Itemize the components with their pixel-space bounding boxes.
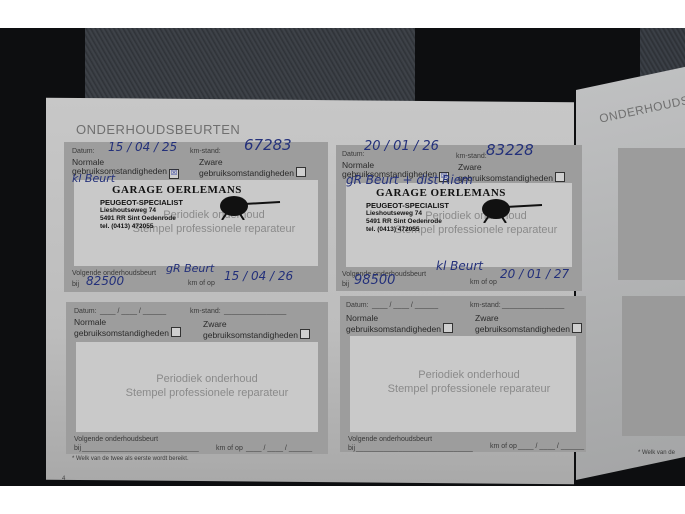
stamp-phone: tel. (0413) 472055 bbox=[366, 226, 506, 234]
datum-value: 20 / 01 / 26 bbox=[364, 139, 439, 154]
datum-label: Datum: bbox=[346, 302, 369, 309]
zware-label: Zware gebruiksomstandigheden bbox=[203, 320, 310, 340]
zware-checkbox[interactable] bbox=[300, 329, 310, 339]
normale-label: Normale gebruiksomstandigheden bbox=[346, 314, 453, 334]
lion-logo-icon bbox=[214, 194, 284, 220]
datum-field[interactable]: ____ / ____ / ______ bbox=[372, 302, 438, 309]
next-date-field[interactable]: ____ / ____ / ______ bbox=[518, 443, 584, 450]
zware-checkbox[interactable] bbox=[296, 167, 306, 177]
km-stand-field[interactable]: ________________ bbox=[224, 308, 286, 315]
km-of-op-label: km of op bbox=[490, 443, 517, 450]
placeholder-line2: Stempel professionele reparateur bbox=[388, 383, 551, 395]
km-stand-label: km-stand: bbox=[190, 148, 221, 155]
next-date-field[interactable]: ____ / ____ / ______ bbox=[246, 445, 312, 452]
zware-label: Zware gebruiksomstandigheden bbox=[458, 163, 565, 183]
bij-label: bij bbox=[72, 281, 79, 288]
datum-label: Datum: bbox=[342, 151, 365, 158]
stamp-area: Periodiek onderhoud Stempel professionel… bbox=[350, 336, 576, 432]
right-page-footnote: * Welk van de bbox=[638, 450, 675, 456]
volgende-label: Volgende onderhoudsbeurt bbox=[348, 436, 432, 443]
next-km-field[interactable]: ______________________________ bbox=[356, 445, 473, 452]
maintenance-card-3: Datum: ____ / ____ / ______ km-stand: __… bbox=[66, 302, 328, 454]
right-page-card-1 bbox=[618, 148, 685, 280]
lion-logo-icon bbox=[476, 197, 546, 223]
zware-label: Zware gebruiksomstandigheden bbox=[475, 314, 582, 334]
zware-label-line2: gebruiksomstandigheden bbox=[203, 330, 298, 340]
service-note: kl Beurt bbox=[72, 172, 115, 185]
next-service-note: kl Beurt bbox=[436, 259, 483, 273]
next-km-field[interactable]: ______________________________ bbox=[82, 445, 199, 452]
zware-label-line2: gebruiksomstandigheden bbox=[199, 168, 294, 178]
km-stand-label: km-stand: bbox=[456, 153, 487, 160]
maintenance-card-1: Datum: 15 / 04 / 25 km-stand: 67283 Norm… bbox=[64, 142, 328, 292]
next-date-value: 15 / 04 / 26 bbox=[224, 269, 293, 283]
normale-label: Normale gebruiksomstandigheden bbox=[74, 318, 181, 338]
stamp-area: Periodiek onderhoud Stempel professionel… bbox=[346, 183, 572, 267]
bij-label: bij bbox=[74, 445, 81, 452]
km-stand-label: km-stand: bbox=[190, 308, 221, 315]
datum-label: Datum: bbox=[72, 148, 95, 155]
zware-checkbox[interactable] bbox=[572, 323, 582, 333]
right-page-card-2 bbox=[622, 296, 685, 436]
page-heading: ONDERHOUDSBEURTEN bbox=[76, 122, 240, 137]
normale-label-line2: gebruiksomstandigheden bbox=[346, 324, 441, 334]
service-note: gR Beurt + dist Riem bbox=[346, 173, 473, 187]
next-date-value: 20 / 01 / 27 bbox=[500, 267, 569, 281]
km-stand-value: 67283 bbox=[244, 136, 292, 154]
normale-checkbox[interactable]: ☒ bbox=[169, 169, 179, 179]
km-stand-field[interactable]: ________________ bbox=[502, 302, 564, 309]
zware-label: Zware gebruiksomstandigheden bbox=[199, 158, 306, 178]
stamp-phone: tel. (0413) 472055 bbox=[100, 223, 242, 231]
page-number: 4 bbox=[62, 476, 65, 482]
zware-label-line1: Zware bbox=[203, 319, 227, 329]
maintenance-card-2: Datum: 20 / 01 / 26 km-stand: 83228 Norm… bbox=[336, 145, 582, 291]
zware-label-line1: Zware bbox=[199, 157, 223, 167]
datum-label: Datum: bbox=[74, 308, 97, 315]
maintenance-card-4: Datum: ____ / ____ / ______ km-stand: __… bbox=[340, 296, 586, 452]
placeholder-line1: Periodiek onderhoud bbox=[418, 369, 520, 381]
next-km-value: 82500 bbox=[86, 274, 124, 288]
zware-label-line1: Zware bbox=[475, 313, 499, 323]
km-of-op-label: km of op bbox=[188, 280, 215, 287]
bij-label: bij bbox=[342, 281, 349, 288]
stamp-area: Periodiek onderhoud Stempel professionel… bbox=[74, 180, 318, 266]
next-service-note: gR Beurt bbox=[166, 262, 214, 275]
footnote: * Welk van de twee als eerste wordt bere… bbox=[72, 456, 189, 462]
placeholder-line2: Stempel professionele reparateur bbox=[126, 387, 289, 399]
zware-label-line2: gebruiksomstandigheden bbox=[475, 324, 570, 334]
km-of-op-label: km of op bbox=[216, 445, 243, 452]
next-km-value: 98500 bbox=[354, 273, 395, 288]
km-stand-value: 83228 bbox=[486, 141, 534, 159]
placeholder-line1: Periodiek onderhoud bbox=[156, 373, 258, 385]
zware-label-line1: Zware bbox=[458, 162, 482, 172]
normale-checkbox[interactable] bbox=[171, 327, 181, 337]
bij-label: bij bbox=[348, 445, 355, 452]
stamp-placeholder: Periodiek onderhoud Stempel professionel… bbox=[364, 368, 574, 396]
volgende-label: Volgende onderhoudsbeurt bbox=[74, 436, 158, 443]
datum-field[interactable]: ____ / ____ / ______ bbox=[100, 308, 166, 315]
datum-value: 15 / 04 / 25 bbox=[108, 140, 177, 154]
normale-label-line1: Normale bbox=[346, 313, 378, 323]
km-stand-label: km-stand: bbox=[470, 302, 501, 309]
normale-checkbox[interactable] bbox=[443, 323, 453, 333]
km-of-op-label: km of op bbox=[470, 279, 497, 286]
stamp-placeholder: Periodiek onderhoud Stempel professionel… bbox=[96, 372, 318, 400]
zware-checkbox[interactable] bbox=[555, 172, 565, 182]
normale-label-line2: gebruiksomstandigheden bbox=[74, 328, 169, 338]
stamp-area: Periodiek onderhoud Stempel professionel… bbox=[76, 342, 318, 432]
normale-label-line1: Normale bbox=[74, 317, 106, 327]
